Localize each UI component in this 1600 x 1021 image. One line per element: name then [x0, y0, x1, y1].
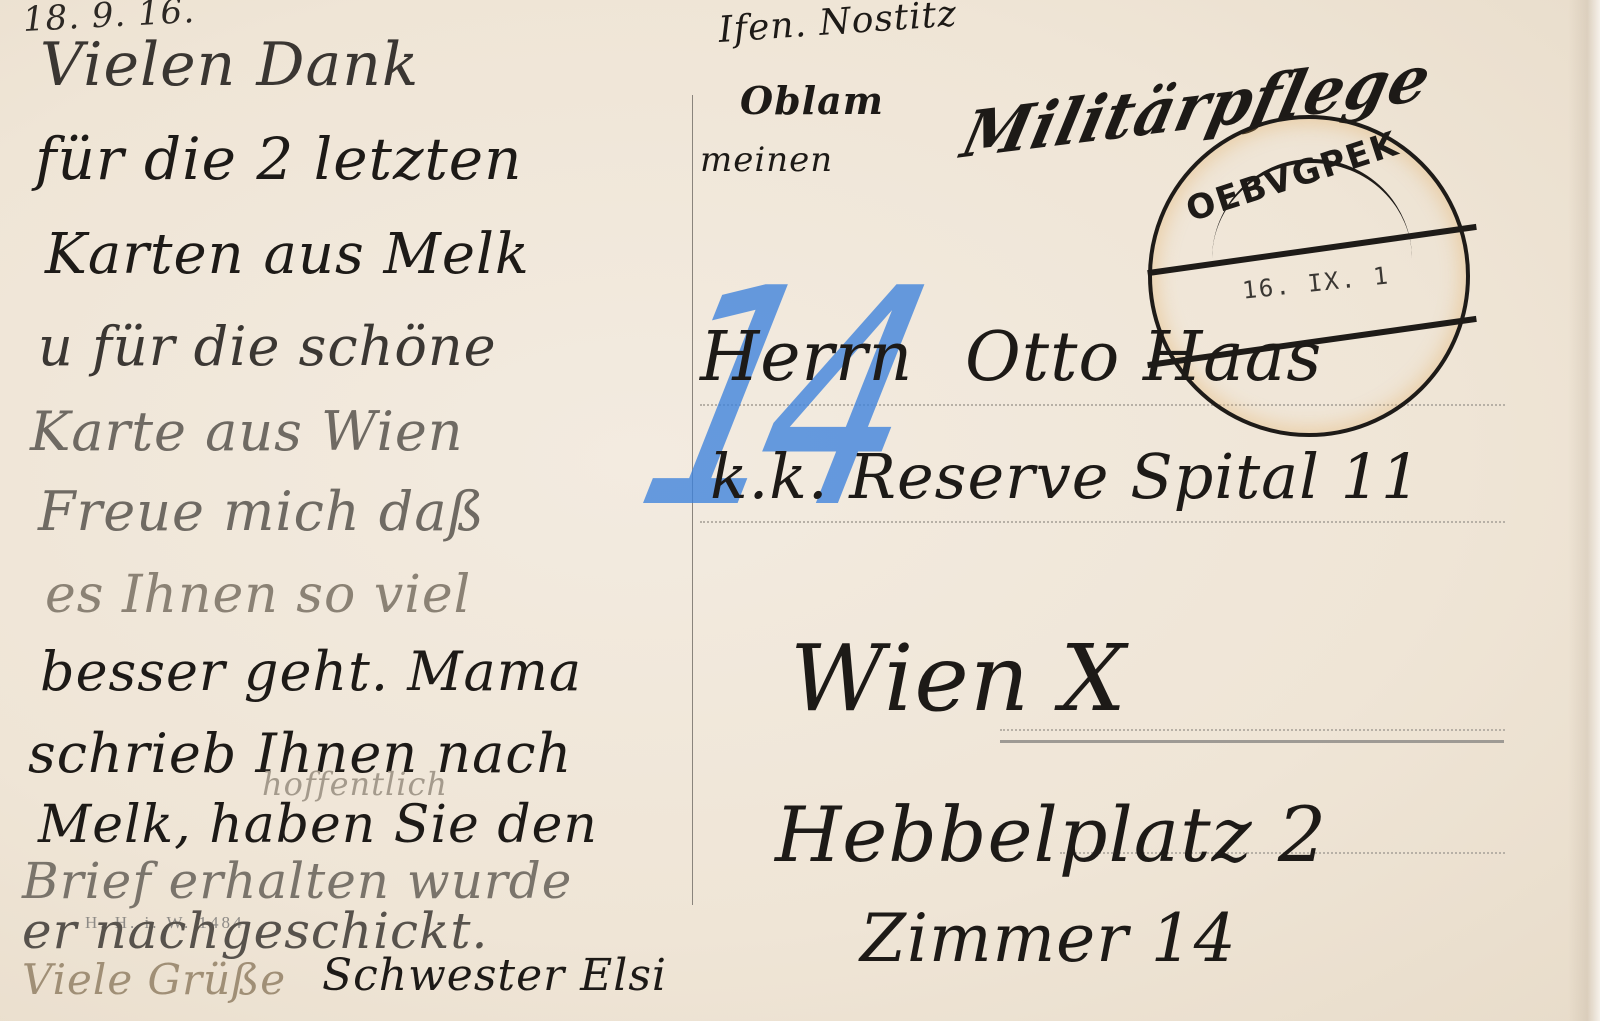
- message-line-8: besser geht. Mama: [40, 640, 582, 703]
- message-line-5: Karte aus Wien: [30, 400, 464, 463]
- top-note-line-2: Oblam: [740, 78, 884, 123]
- message-signature: Schwester Elsi: [322, 950, 667, 1001]
- message-closing-greeting: Viele Grüße: [22, 955, 286, 1004]
- recipient-institution: k.k. Reserve Spital 11: [710, 440, 1422, 513]
- message-line-6: Freue mich daß: [38, 480, 485, 543]
- top-note-line-3: meinen: [700, 140, 833, 180]
- message-line-3: Karten aus Melk: [45, 222, 530, 287]
- message-line-4: u für die schöne: [38, 315, 497, 378]
- message-line-1: Vielen Dank: [40, 30, 419, 100]
- postcard-back: 18. 9. 16. Vielen Dank für die 2 letzten…: [0, 0, 1600, 1021]
- address-line-3-solid: [1000, 740, 1504, 743]
- top-note-line-1: Ifen. Nostitz: [717, 0, 958, 51]
- recipient-name: Otto Haas: [965, 318, 1322, 397]
- message-line-7: es Ihnen so viel: [45, 565, 471, 625]
- message-line-10: Melk, haben Sie den: [38, 795, 598, 855]
- recipient-room: Zimmer 14: [860, 900, 1237, 977]
- recipient-street: Hebbelplatz 2: [775, 790, 1327, 879]
- recipient-city: Wien X: [790, 625, 1127, 732]
- recipient-salutation: Herrn: [700, 318, 913, 397]
- message-line-2: für die 2 letzten: [35, 125, 523, 193]
